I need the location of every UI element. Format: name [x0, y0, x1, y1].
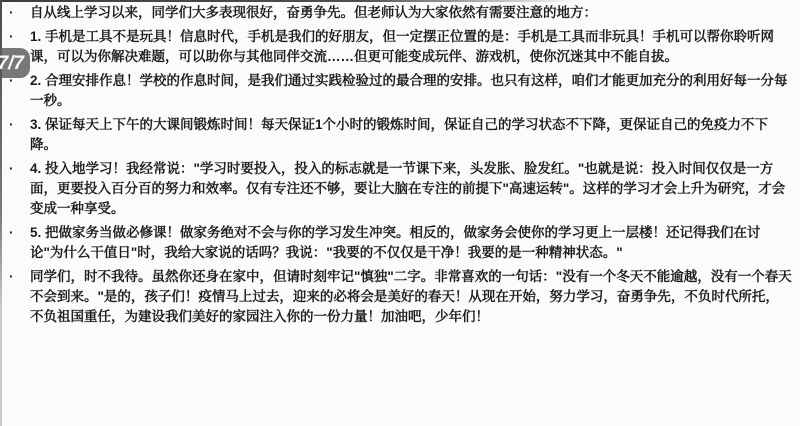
- window-top-edge: [0, 0, 800, 2]
- paragraph: · 1. 手机是工具不是玩具！信息时代，手机是我们的好朋友，但一定摆正位置的是：…: [0, 27, 800, 67]
- bullet-marker: ·: [9, 27, 14, 47]
- paragraph: · 5. 把做家务当做必修课！做家务绝对不会与你的学习发生冲突。相反的，做家务会…: [0, 223, 800, 263]
- bullet-marker: ·: [9, 267, 14, 287]
- paragraph: · 3. 保证每天上下午的大课间锻炼时间！每天保证1个小时的锻炼时间，保证自己的…: [0, 115, 800, 155]
- document-page[interactable]: · 自从线上学习以来，同学们大多表现很好，奋勇争先。但老师认为大家依然有需要注意…: [0, 0, 800, 426]
- bullet-marker: ·: [9, 223, 14, 243]
- paragraph: · 自从线上学习以来，同学们大多表现很好，奋勇争先。但老师认为大家依然有需要注意…: [0, 3, 800, 23]
- bullet-marker: ·: [9, 3, 14, 23]
- paragraph-text: 同学们，时不我待。虽然你还身在家中，但请时刻牢记"慎独"二字。非常喜欢的一句话：…: [30, 269, 792, 324]
- bullet-marker: ·: [9, 115, 14, 135]
- paragraph: · 2. 合理安排作息！学校的作息时间，是我们通过实践检验过的最合理的安排。也只…: [0, 71, 800, 111]
- paragraph-text: 5. 把做家务当做必修课！做家务绝对不会与你的学习发生冲突。相反的，做家务会使你…: [30, 225, 761, 260]
- paragraph-text: 自从线上学习以来，同学们大多表现很好，奋勇争先。但老师认为大家依然有需要注意的地…: [30, 5, 597, 20]
- paragraph: · 同学们，时不我待。虽然你还身在家中，但请时刻牢记"慎独"二字。非常喜欢的一句…: [0, 267, 800, 327]
- paragraph: · 4. 投入地学习！我经常说："学习时要投入，投入的标志就是一节课下来，头发胀…: [0, 159, 800, 219]
- paragraph-text: 3. 保证每天上下午的大课间锻炼时间！每天保证1个小时的锻炼时间，保证自己的学习…: [30, 117, 768, 152]
- page-indicator-badge: 7/7: [0, 48, 30, 78]
- page-indicator-label: 7/7: [0, 54, 24, 73]
- paragraph-text: 2. 合理安排作息！学校的作息时间，是我们通过实践检验过的最合理的安排。也只有这…: [30, 73, 788, 108]
- bullet-marker: ·: [9, 159, 14, 179]
- paragraph-text: 1. 手机是工具不是玩具！信息时代，手机是我们的好朋友，但一定摆正位置的是：手机…: [30, 29, 774, 64]
- paragraph-text: 4. 投入地学习！我经常说："学习时要投入，投入的标志就是一节课下来，头发胀、脸…: [30, 161, 785, 216]
- document-body: · 自从线上学习以来，同学们大多表现很好，奋勇争先。但老师认为大家依然有需要注意…: [0, 3, 800, 331]
